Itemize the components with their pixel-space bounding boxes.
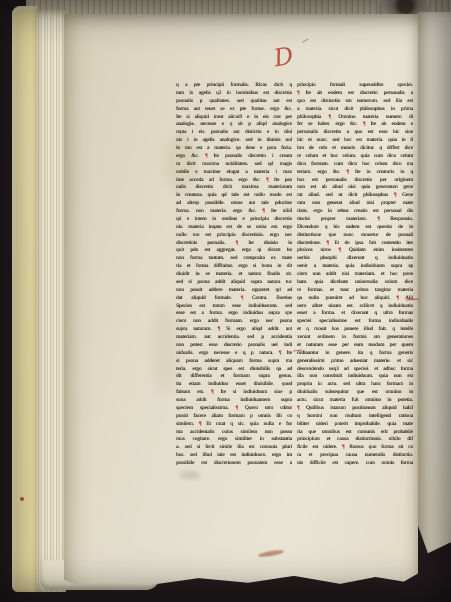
- text-line: ra dicit maxima nobilitates. sed qd magi…: [176, 161, 292, 169]
- text-line: ra et precipua causa numeralis distincti…: [297, 452, 413, 460]
- text-line: si psona adderet aliquam forma supra ma: [176, 358, 292, 366]
- text-line: ciem non addit formam. ergo nec psona: [176, 318, 292, 326]
- text-line: sona addit forma indiuiduantem supra: [176, 397, 292, 405]
- text-line: a materia. sicut dicit philosophus in pr…: [297, 106, 413, 114]
- text-line: biliter uideri poterit improbabile. quia…: [297, 421, 413, 429]
- text-line: bus est personalis discretio per origine…: [297, 177, 413, 185]
- text-line: et naturam esse per eum modum per quem: [297, 342, 413, 350]
- text-line: forma aut tenet se ex pte forme. ergo &c…: [176, 106, 292, 114]
- text-line: forma. non materia. ergo &c. ¶ Ite nihil: [176, 208, 292, 216]
- text-line: uerbis phsophi dixerunt q indiuiduatio: [297, 255, 413, 263]
- text-line: dat aliquid formale. ¶ Contra. Boetius: [176, 295, 292, 303]
- text-line: ria que omnibus est comunis erit probabi…: [297, 429, 413, 437]
- text-line: principio formali superaddito speciei.: [297, 82, 413, 90]
- text-line: illa non constituit indiuiduum. quia non…: [297, 373, 413, 381]
- text-line: bus. sed illud tale est indiuiduum. ergo…: [176, 452, 292, 460]
- text-line: ria et forma diffinitur. ergo si bonu in…: [176, 263, 292, 271]
- text-line: bro de celo et mundo dicitur. q differt …: [297, 145, 413, 153]
- text-line: discretiois psonalis. ¶ Ite diuisio in: [176, 240, 292, 248]
- text-line: tam in agelis q3 in hominibus est discre…: [176, 90, 292, 98]
- text-line: ratu non generat aliud nisi propter mate: [297, 200, 413, 208]
- text-line: ma accidentalis cuius similem non possu: [176, 429, 292, 437]
- text-line: riam. ergo in rebus creatis est personal…: [297, 208, 413, 216]
- vellum-cover-edge: [12, 6, 38, 592]
- text-line: possibile est discretionem psonalem esse…: [176, 460, 292, 468]
- text-line: speciei specialissime est forma indiuidu…: [297, 318, 413, 326]
- text-line: esset a forma. et dixerunt q ultra forma…: [297, 310, 413, 318]
- text-line: teriam. ergo &c. ¶ Ite in creaturis in q: [297, 169, 413, 177]
- text-line: diuidit in se materia. et natura finalis…: [176, 271, 292, 279]
- text-line: actu. sicut materia fuit omnino in potet…: [297, 397, 413, 405]
- text-line: dit differentia et formam supra genus.: [176, 373, 292, 381]
- text-line: uidualis. ergo necesse e q p natura. ¶ I…: [176, 350, 292, 358]
- text-line: repta i eis. psonalis aut distictio e in…: [176, 129, 292, 137]
- text-line: possit facere aliam formam p omnis illi …: [176, 413, 292, 421]
- text-line: nalis discretio dicit maxima materiarum: [176, 184, 292, 192]
- text-line: ordinantur in genere. ita q forma generi…: [297, 350, 413, 358]
- text-line: nis. materia inqatu est de se unita est.…: [176, 224, 292, 232]
- text-line: quit pdo est aggregat. ergo qi dicunt bo: [176, 247, 292, 255]
- text-line: Species est totum esse indiuiduorum. sed: [176, 303, 292, 311]
- text-line: re formas. et tunc primo tangitur materi…: [297, 287, 413, 295]
- text-line: phsicos uiros ¶ Quidam enim insistentes: [297, 247, 413, 255]
- quire-signature-d: D: [272, 40, 307, 75]
- text-line: materiam. aut accidentia. sed p accident…: [176, 334, 292, 342]
- text-line: supra naturam. ¶ Si ergo aliqd addit. au…: [176, 326, 292, 334]
- text-line: sed si psona addit aliquid supra natura …: [176, 279, 292, 287]
- text-line: philosophia ¶ Omnino materia numero di: [297, 114, 413, 122]
- page-edge-stack: [36, 10, 66, 592]
- text-line: discretione. ¶ Et de ipsa fuit contentio…: [297, 240, 413, 248]
- foxing-stain: [152, 304, 178, 394]
- text-line: principium et causa distinctionis. nihil…: [297, 436, 413, 444]
- red-stain-dot: [20, 497, 24, 501]
- text-line: ciem non addit nisi materiam. et hoc pon…: [297, 271, 413, 279]
- text-line: xerunt ordinem in formis sm generationes: [297, 334, 413, 342]
- text-line: ergo &c. ¶ Ite psonalis discretio i crea…: [176, 153, 292, 161]
- text-line: similem. ¶ Et cstat q sic. quia nulla e …: [176, 421, 292, 429]
- text-line: ad alterp possibile. omne aut tale pduci…: [176, 200, 292, 208]
- erased-smudge: [180, 471, 200, 479]
- text-line: falsum est. ¶ Ite si indiuiduum siue p: [176, 389, 292, 397]
- text-line: personalis discretio a quo est esse hic …: [297, 129, 413, 137]
- text-line: uero aliter uisum est. scilicet q indiui…: [297, 303, 413, 311]
- text-line: analogia. necesse e q sit p aliqd analog…: [176, 121, 292, 129]
- text-line: ¶ Quilibus istarum positionum aliquid ha…: [297, 405, 413, 413]
- text-line: a. sed si fecit simile illa est comunis …: [176, 444, 292, 452]
- text-block: q a pte principii formalis. Ricar. dicit…: [176, 82, 413, 468]
- text-line: nis difficile est capere. cum omnis form…: [297, 460, 413, 468]
- text-line: ita etiam indiuiduu esset diuisibile. qu…: [176, 381, 292, 389]
- text-line: hic et nunc. sed hoc est materia. quia i…: [297, 137, 413, 145]
- text-line: quo est distinctio sm numerum. sed illa …: [297, 98, 413, 106]
- text-line: distinctione que nunc mouetur de psonali: [297, 232, 413, 240]
- text-line: dico formam. cum dico hoc celum dico ma: [297, 161, 413, 169]
- text-line: propria in actu. sed ultra hanc formam i…: [297, 381, 413, 389]
- text-line: descendendo usq3 ad speciei. et adhuc fo…: [297, 366, 413, 374]
- text-line: teria. ergo sicut spes est diuisibilis q…: [176, 366, 292, 374]
- text-column-left: q a pte principii formalis. Ricar. dicit…: [176, 82, 292, 468]
- text-line: Dicendum q hic eadem est questio de in: [297, 224, 413, 232]
- text-line: non forma tantum. sed composita ex mate: [176, 255, 292, 263]
- text-line: speciem specialissima. ¶ Quero utru cdit…: [176, 405, 292, 413]
- text-line: qd e intern in omibus e principiu discre…: [176, 216, 292, 224]
- text-line: diuidualis subsequitur que est omnino in: [297, 389, 413, 397]
- text-line: in creatura. quia qd tale est nullo modo…: [176, 192, 292, 200]
- text-column-right: principio formali superaddito speciei.¶ …: [297, 82, 413, 468]
- photo-background: D q a pte principii formalis. Ricar. dic…: [0, 0, 451, 602]
- text-line: non potest esse discretio psonalis uel i…: [176, 342, 292, 350]
- text-line: uenit a materia. quia indiuiduum supra s…: [297, 263, 413, 271]
- text-line: non possit addere materia. opportet qd a…: [176, 287, 292, 295]
- text-line: ficile est uidere. ¶ Rursus quo forma si…: [297, 444, 413, 452]
- text-line: generalissimi primo adueniat materie. et…: [297, 358, 413, 366]
- text-line: et q mouit hos ponere illud fuit. q inte…: [297, 326, 413, 334]
- text-line: nis i in agelis analogice. sed in diuini…: [176, 137, 292, 145]
- text-line: mus cogitare. ergo similiter in substant…: [176, 436, 292, 444]
- text-line: q homini non multum intelligenti rationa: [297, 413, 413, 421]
- text-line: tinctio propter materiam. ¶ Responsio.: [297, 216, 413, 224]
- text-line: fer se habet. ergo &c. ¶ Ite ab eodem e: [297, 121, 413, 129]
- text-line: nullo mo est principiu discretiois. ergo…: [176, 232, 292, 240]
- text-line: non est ab aliud nisi quia generatum gen…: [297, 184, 413, 192]
- text-line: esse est a forma. ergo indiuiduu supra s…: [176, 310, 292, 318]
- text-line: bant. quia dicebant uniuersalia solum di…: [297, 279, 413, 287]
- text-line: qa nullo pueniret ad hoc aliquid. ¶ Alii: [297, 295, 413, 303]
- facing-page-edge: [418, 12, 451, 570]
- text-line: ¶ Ite ab eodem est discretio personalis …: [297, 90, 413, 98]
- text-line: q a pte principii formalis. Ricar. dicit…: [176, 82, 292, 90]
- text-line: Ite si aliquid inest alicui9 e in eis co…: [176, 114, 292, 122]
- text-line: nobile e maxime elogat a materia i max: [176, 169, 292, 177]
- text-line: rat aliud. sed ut dicit philosophus ¶ Ge…: [297, 192, 413, 200]
- text-line: ime acceda ad forma. ergo &c. ¶ Ite pso: [176, 177, 292, 185]
- text-line: lo mo est a materia. qa deus e pura fori…: [176, 145, 292, 153]
- text-line: re celum et hoc celum. quia cum dico cel…: [297, 153, 413, 161]
- text-line: psonalis p qualitates. sed qualitas aut …: [176, 98, 292, 106]
